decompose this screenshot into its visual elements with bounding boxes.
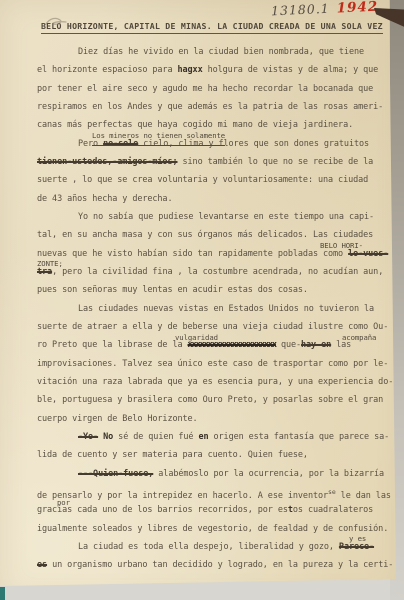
text-line: vitación una raza labrada que ya es esen…	[37, 373, 394, 391]
text-line: BELO HORI-nuevas que he visto habían sid…	[37, 245, 394, 263]
text-line: es un organismo urbano tan decidido y lo…	[37, 556, 394, 574]
text-line: tienen-ustedes,-amigos-míos; sino tambié…	[37, 153, 394, 171]
body-text: Diez días he vivido en la ciudad bien no…	[0, 33, 404, 575]
text-line: improvisaciones. Talvez sea único este c…	[37, 355, 394, 373]
text-line: porgracias cada uno de los barrios recor…	[37, 501, 394, 519]
pencil-mark-icon	[44, 15, 70, 29]
scanned-document: BELO HORIZONTE, CAPITAL DE MINAS. LA CIU…	[0, 0, 404, 600]
text-line: Yo no sabía que pudiese levantarse en es…	[37, 208, 394, 226]
interline-insertion: por	[57, 494, 70, 512]
paragraph: Las ciudades nuevas vistas en Estados Un…	[37, 300, 394, 428]
paragraph: Los mineros no tienen solamentePero no-s…	[37, 135, 394, 208]
text-line: vulgaridadacompañaro Preto que la libras…	[37, 336, 394, 354]
text-line: Diez días he vivido en la ciudad bien no…	[37, 43, 394, 61]
catalog-number: 13180.1	[270, 1, 329, 19]
text-line: por tener el aire seco y agudo me ha hec…	[37, 80, 394, 98]
text-line: cuerpo virgen de Belo Horizonte.	[37, 410, 394, 428]
text-line: respiramos en los Andes y que además es …	[37, 98, 394, 116]
interline-insertion: y es	[349, 530, 366, 548]
text-line: el horizonte espacioso para hagxx holgur…	[37, 61, 394, 79]
text-line: de 43 años hecha y derecha.	[37, 190, 394, 208]
typescript-page: BELO HORIZONTE, CAPITAL DE MINAS. LA CIU…	[0, 0, 404, 600]
paragraph: y esLa ciudad es toda ella despejo, libe…	[37, 538, 394, 575]
text-line: pues son señoras muy lentas en acudir es…	[37, 281, 394, 299]
text-line: ---Quien-fuese, alabémoslo por la ocurre…	[37, 465, 394, 483]
paragraph: Diez días he vivido en la ciudad bien no…	[37, 43, 394, 135]
scan-artifact-bottom-left	[0, 587, 5, 600]
text-line: de pensarlo y por la intrepidez en hacer…	[37, 483, 394, 501]
text-line: lida de cuento y ser materia para cuento…	[37, 446, 394, 464]
text-line: Los mineros no tienen solamentePero no-s…	[37, 135, 394, 153]
text-line: suerte , lo que se crea voluntaria y vol…	[37, 171, 394, 189]
interline-insertion: Los mineros no tienen solamente	[92, 127, 225, 146]
interline-insertion: ZONTE;	[37, 255, 63, 273]
interline-insertion: BELO HORI-	[320, 237, 363, 255]
year-annotation: 1942	[336, 0, 378, 16]
text-line: -Yo- No sé de quien fué en origen esta f…	[37, 428, 394, 446]
document-title: BELO HORIZONTE, CAPITAL DE MINAS. LA CIU…	[41, 21, 383, 34]
text-line: ZONTE;tra, pero la civilidad fina , la c…	[37, 263, 394, 281]
paragraph: Yo no sabía que pudiese levantarse en es…	[37, 208, 394, 300]
text-line: igualmente soleados y libres de vegestor…	[37, 520, 394, 538]
interline-insertion: vulgaridad	[175, 329, 218, 347]
paragraph: ---Quien-fuese, alabémoslo por la ocurre…	[37, 465, 394, 538]
text-line: Las ciudades nuevas vistas en Estados Un…	[37, 300, 394, 318]
paragraph: -Yo- No sé de quien fué en origen esta f…	[37, 428, 394, 465]
interline-insertion: acompaña	[342, 329, 376, 347]
text-line: y esLa ciudad es toda ella despejo, libe…	[37, 538, 394, 556]
text-line: ble, portuguesa y brasilera como Ouro Pr…	[37, 391, 394, 409]
